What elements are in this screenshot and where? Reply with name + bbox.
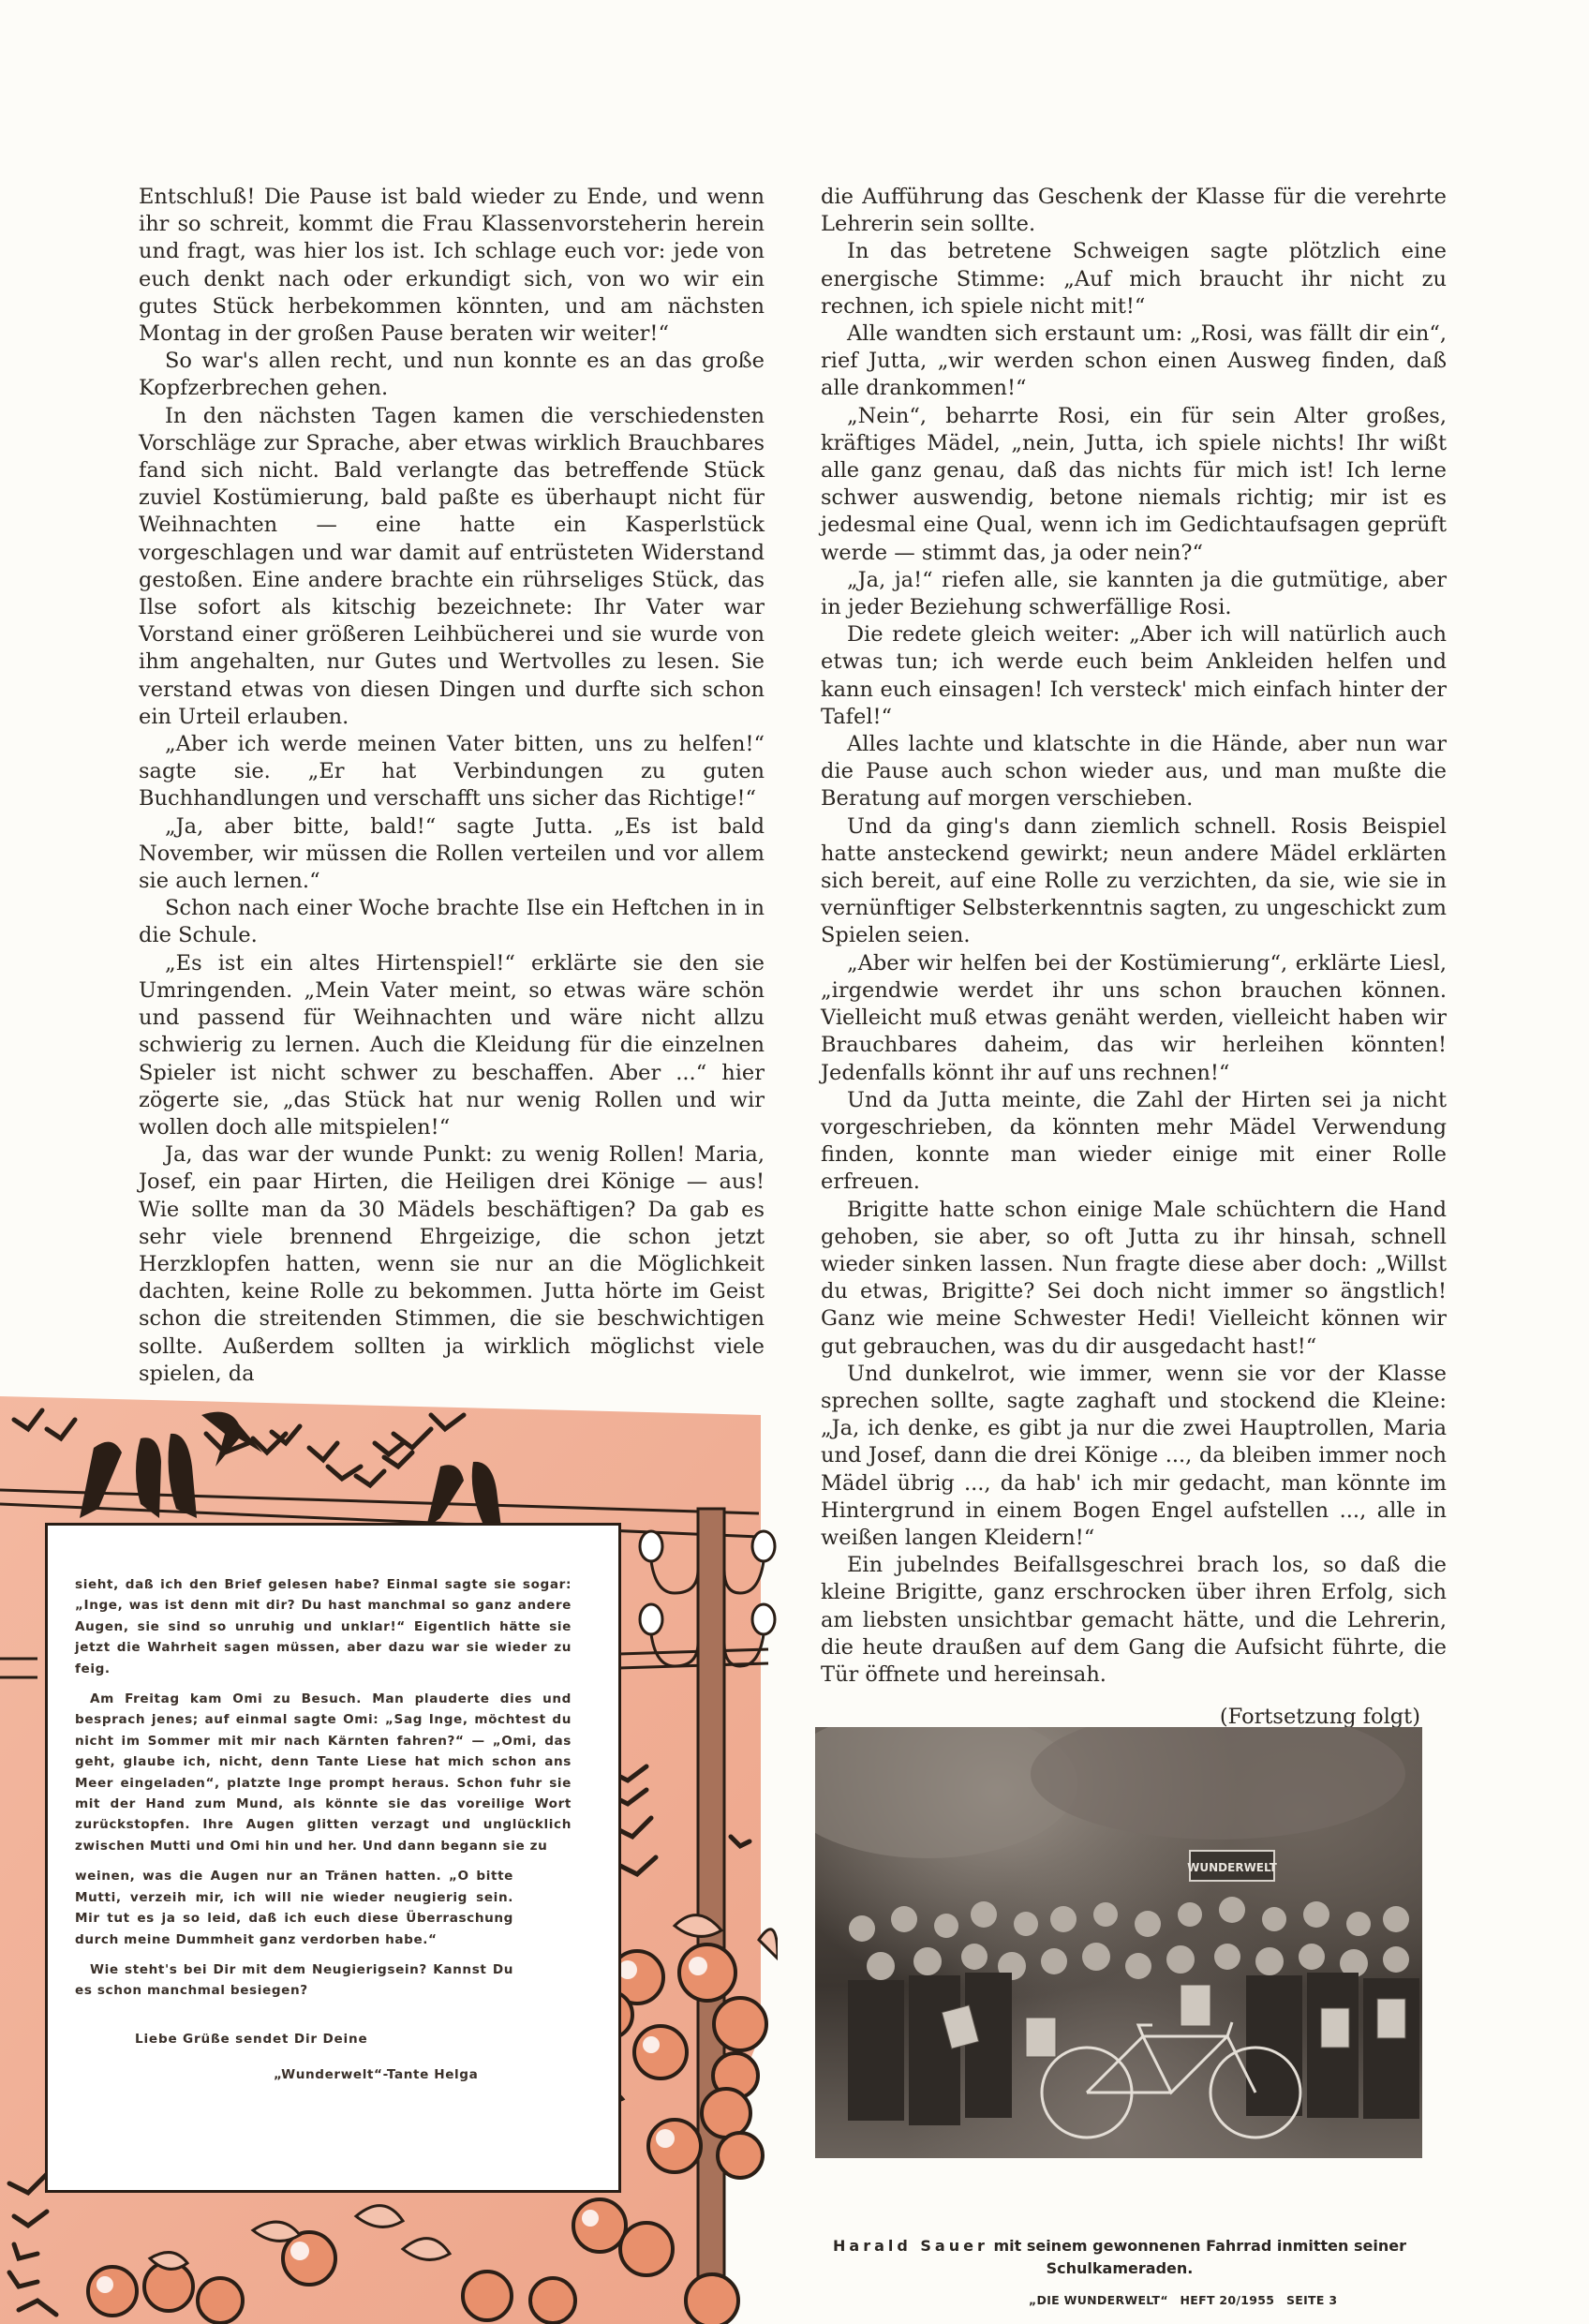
letter-paragraph: Am Freitag kam Omi zu Besuch. Man plaude… (75, 1689, 572, 1856)
story-paragraph: „Ja, ja!“ riefen alle, sie kannten ja di… (821, 567, 1447, 621)
story-paragraph: Brigitte hatte schon einige Male schücht… (821, 1197, 1447, 1361)
story-paragraph: „Nein“, beharrte Rosi, ein für sein Alte… (821, 403, 1447, 567)
story-paragraph: „Aber ich werde meinen Vater bitten, uns… (139, 731, 765, 813)
story-paragraph: Und dunkelrot, wie immer, wenn sie vor d… (821, 1361, 1447, 1552)
sign-text: WUNDERWELT (1187, 1861, 1278, 1874)
publication-name: „DIE WUNDERWELT“ (1029, 2293, 1168, 2307)
page-number: SEITE 3 (1286, 2293, 1337, 2307)
story-paragraph: Die redete gleich weiter: „Aber ich will… (821, 621, 1447, 731)
story-paragraph: Schon nach einer Woche brachte Ilse ein … (139, 895, 765, 949)
story-paragraph: Und da ging's dann ziemlich schnell. Ros… (821, 813, 1447, 950)
photo-caption: Harald Sauer mit seinem gewonnenen Fahrr… (815, 2235, 1424, 2280)
letter-paragraph: sieht, daß ich den Brief gelesen habe? E… (75, 1574, 572, 1679)
page-footer: „DIE WUNDERWELT“ HEFT 20/1955 SEITE 3 (1029, 2293, 1337, 2307)
story-paragraph: Alle wandten sich erstaunt um: „Rosi, wa… (821, 320, 1447, 403)
story-column-left: Entschluß! Die Pause ist bald wieder zu … (139, 184, 765, 1388)
story-paragraph: Ja, das war der wunde Punkt: zu wenig Ro… (139, 1141, 765, 1388)
story-paragraph: So war's allen recht, und nun konnte es … (139, 348, 765, 402)
story-paragraph: die Aufführung das Geschenk der Klasse f… (821, 184, 1447, 238)
issue-number: HEFT 20/1955 (1181, 2293, 1275, 2307)
caption-name: Harald Sauer (833, 2237, 988, 2255)
photo-illustration: WUNDERWELT (815, 1727, 1422, 2158)
story-paragraph: In den nächsten Tagen kamen die verschie… (139, 403, 765, 731)
story-paragraph: In das betretene Schweigen sagte plötzli… (821, 238, 1447, 320)
letter-paragraph: weinen, was die Augen nur an Tränen hatt… (75, 1866, 513, 1950)
letter-text: sieht, daß ich den Brief gelesen habe? E… (75, 1574, 572, 2011)
story-paragraph: „Ja, aber bitte, bald!“ sagte Jutta. „Es… (139, 813, 765, 896)
story-paragraph: „Es ist ein altes Hirtenspiel!“ erklärte… (139, 950, 765, 1141)
story-paragraph: Entschluß! Die Pause ist bald wieder zu … (139, 184, 765, 348)
letter-signature: „Wunderwelt“-Tante Helga (274, 2067, 478, 2082)
class-photo-with-bicycle: WUNDERWELT (815, 1727, 1422, 2158)
story-paragraph: Alles lachte und klatschte in die Hände,… (821, 731, 1447, 813)
story-paragraph: „Aber wir helfen bei der Kostümierung“, … (821, 950, 1447, 1087)
story-paragraph: Ein jubelndes Beifallsgeschrei brach los… (821, 1552, 1447, 1689)
letter-paragraph: Wie steht's bei Dir mit dem Neugierigsei… (75, 1959, 513, 2002)
caption-text: mit seinem gewonnenen Fahrrad inmitten s… (993, 2237, 1406, 2277)
story-paragraph: Und da Jutta meinte, die Zahl der Hirten… (821, 1087, 1447, 1197)
story-column-right: die Aufführung das Geschenk der Klasse f… (821, 184, 1447, 1731)
letter-greeting: Liebe Grüße sendet Dir Deine (135, 2032, 368, 2047)
